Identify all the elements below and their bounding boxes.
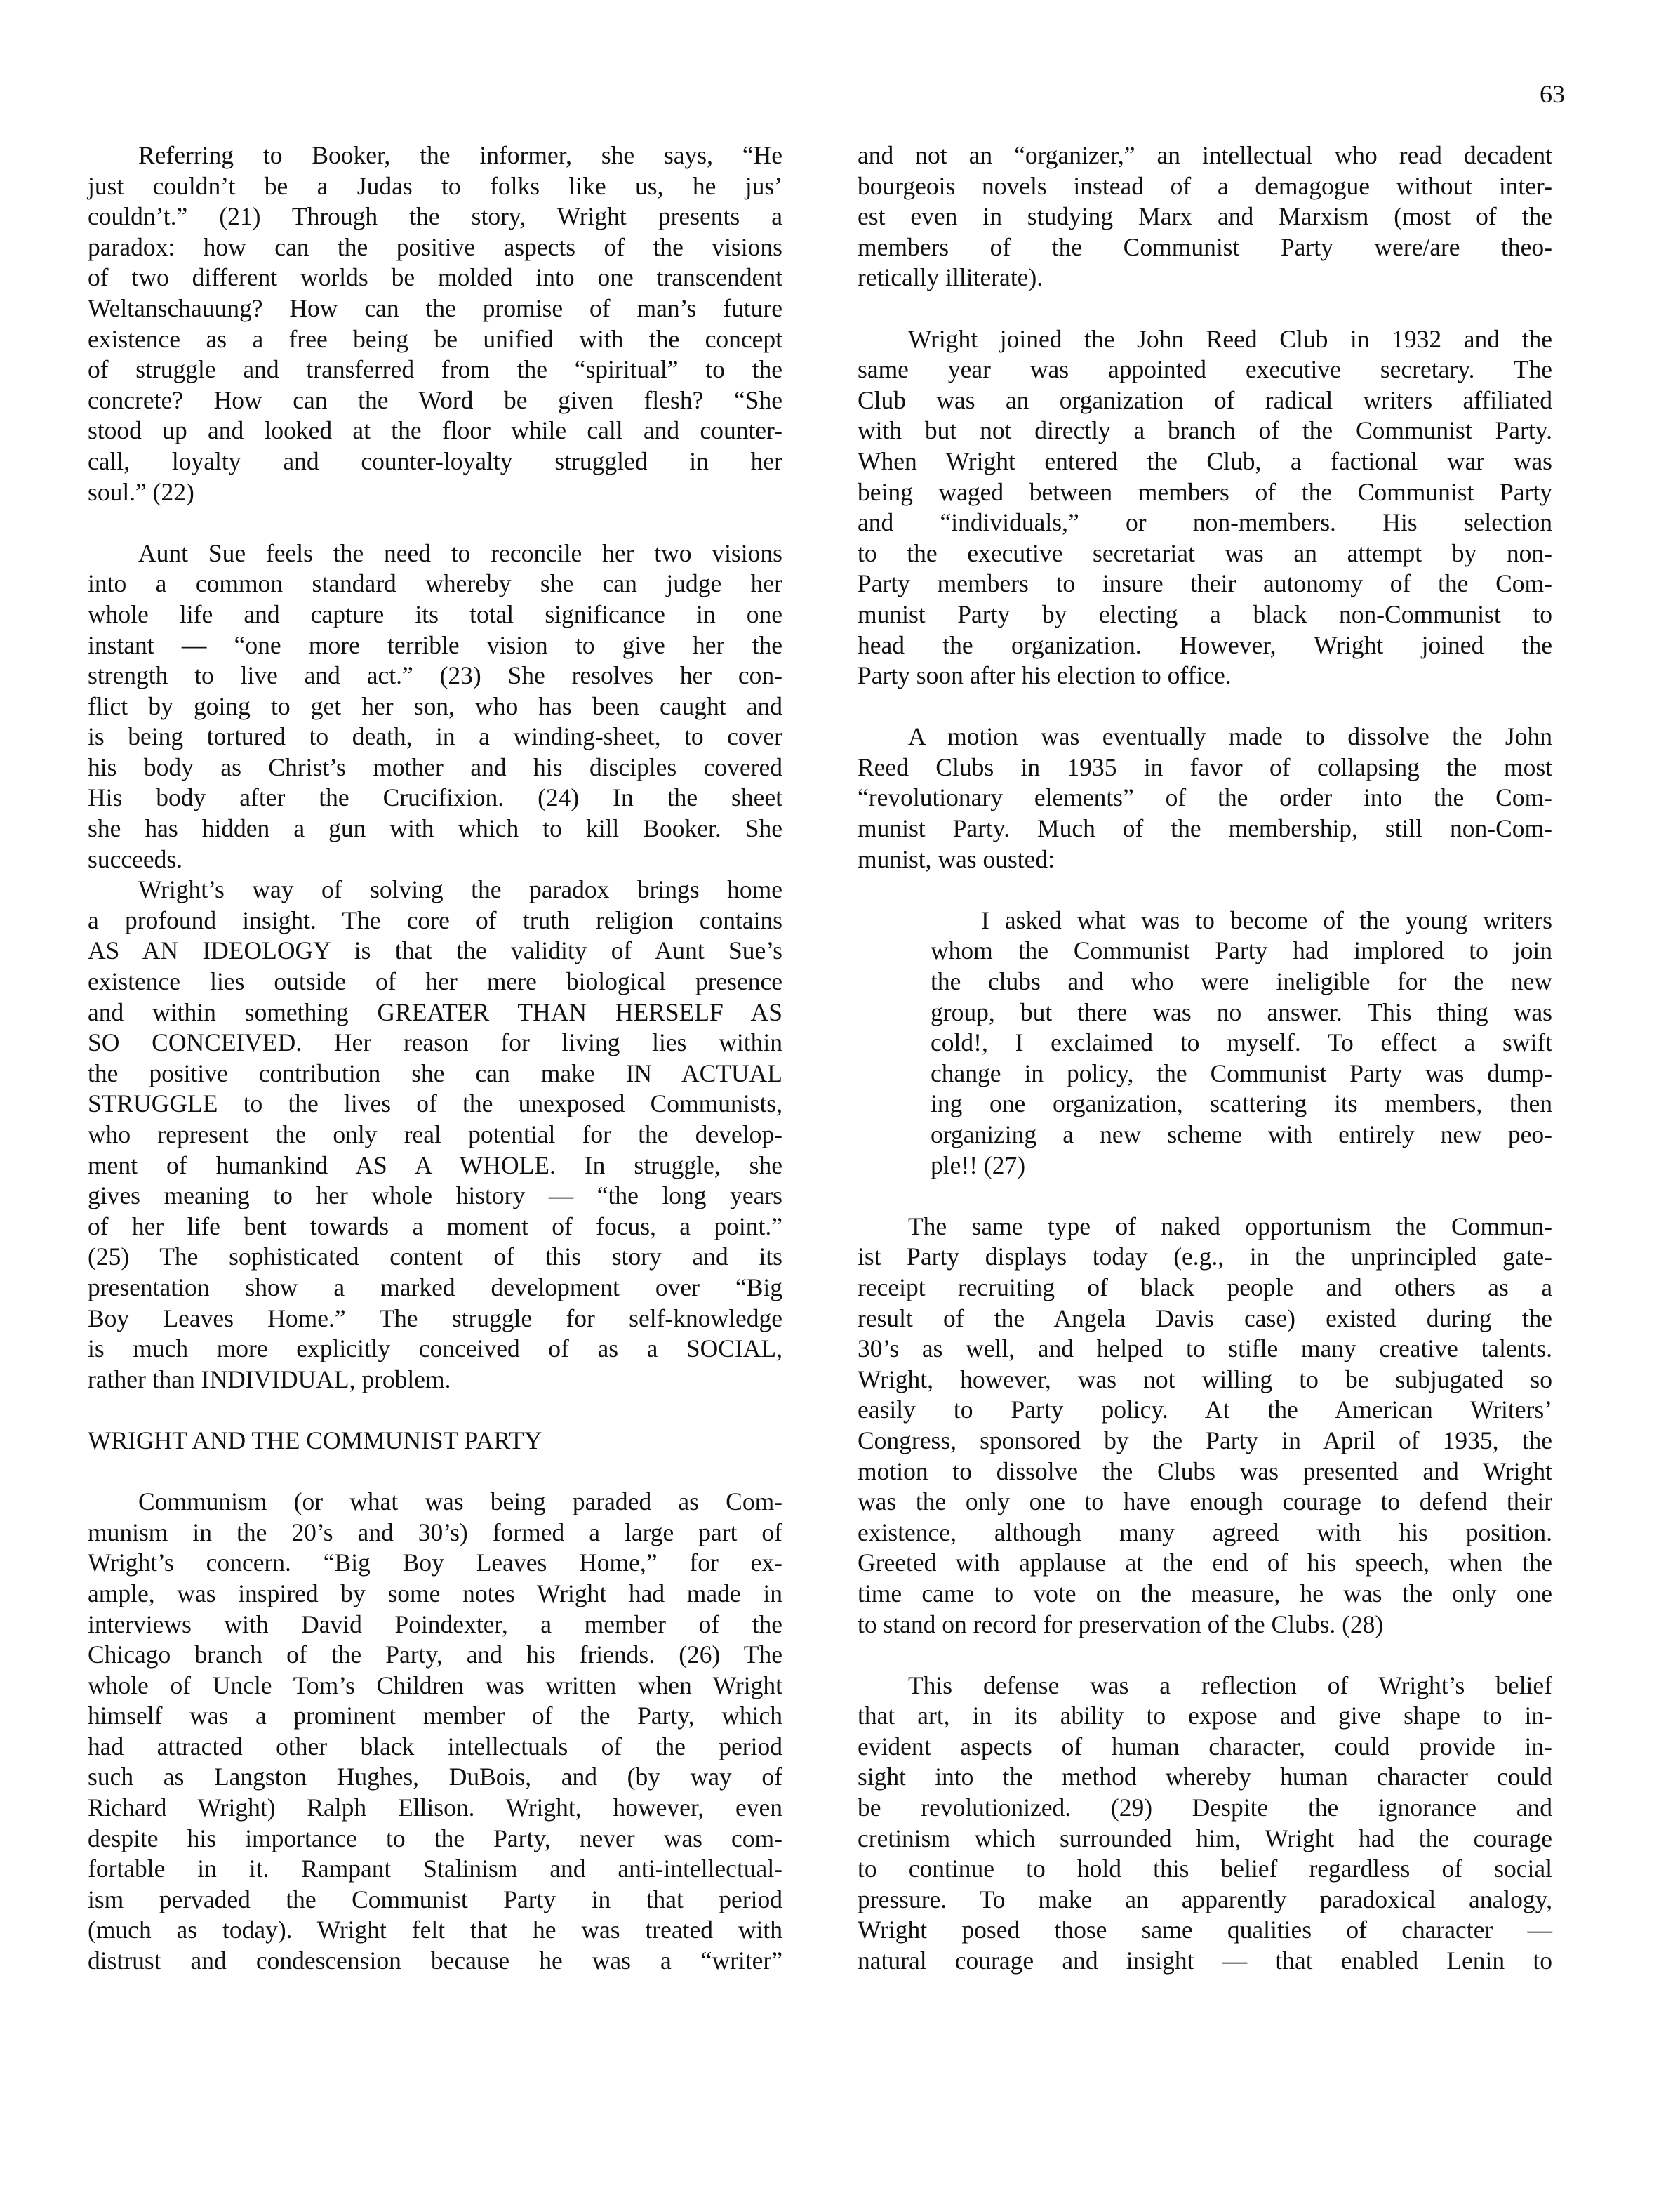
text-line: easily to Party policy. At the American … [858, 1395, 1552, 1426]
text-line: Party members to insure their autonomy o… [858, 569, 1552, 599]
text-line: time came to vote on the measure, he was… [858, 1579, 1552, 1610]
text-line: into a common standard whereby she can j… [88, 569, 782, 599]
text-line: 30’s as well, and helped to stifle many … [858, 1334, 1552, 1365]
text-line: despite his importance to the Party, nev… [88, 1824, 782, 1855]
text-line: same year was appointed executive secret… [858, 354, 1552, 385]
text-line: couldn’t.” (21) Through the story, Wrigh… [88, 201, 782, 232]
text-line: stood up and looked at the floor while c… [88, 416, 782, 446]
text-line: head the organization. However, Wright j… [858, 630, 1552, 661]
text-line: flict by going to get her son, who has b… [88, 691, 782, 722]
text-line: Wright joined the John Reed Club in 1932… [858, 324, 1552, 355]
text-line: interviews with David Poindexter, a memb… [88, 1610, 782, 1640]
text-line: the positive contribution she can make I… [88, 1059, 782, 1089]
text-line: with but not directly a branch of the Co… [858, 416, 1552, 446]
quote-line: change in policy, the Communist Party wa… [931, 1059, 1552, 1089]
section-heading-text: WRIGHT AND THE COMMUNIST PARTY [88, 1426, 782, 1457]
text-line: When Wright entered the Club, a factiona… [858, 446, 1552, 477]
paragraph-organizer: and not an “organizer,” an intellectual … [858, 140, 1552, 293]
text-line: rather than INDIVIDUAL, problem. [88, 1365, 782, 1395]
text-line: ample, was inspired by some notes Wright… [88, 1579, 782, 1610]
left-column: Referring to Booker, the informer, she s… [88, 140, 782, 2007]
quote-line: ple!! (27) [931, 1150, 1552, 1181]
text-line: Referring to Booker, the informer, she s… [88, 140, 782, 171]
paragraph-booker: Referring to Booker, the informer, she s… [88, 140, 782, 508]
text-line: being waged between members of the Commu… [858, 477, 1552, 508]
text-line: A motion was eventually made to dissolve… [858, 722, 1552, 752]
quote-line: cold!, I exclaimed to myself. To effect … [931, 1028, 1552, 1059]
paragraph-communism: Communism (or what was being paraded as … [88, 1487, 782, 1977]
text-line: existence as a free being be unified wit… [88, 324, 782, 355]
text-line: to the executive secretariat was an atte… [858, 538, 1552, 569]
text-line: motion to dissolve the Clubs was present… [858, 1457, 1552, 1487]
text-line: Greeted with applause at the end of his … [858, 1548, 1552, 1579]
text-line: concrete? How can the Word be given fles… [88, 385, 782, 416]
text-line: had attracted other black intellectuals … [88, 1732, 782, 1763]
text-line: fortable in it. Rampant Stalinism and an… [88, 1854, 782, 1885]
text-line: AS AN IDEOLOGY is that the validity of A… [88, 936, 782, 967]
quote-line: group, but there was no answer. This thi… [931, 997, 1552, 1028]
text-line: and not an “organizer,” an intellectual … [858, 140, 1552, 171]
text-line: Communism (or what was being paraded as … [88, 1487, 782, 1518]
text-line: and “individuals,” or non-members. His s… [858, 508, 1552, 538]
quote-line: the clubs and who were ineligible for th… [931, 967, 1552, 997]
text-line: of two different worlds be molded into o… [88, 263, 782, 293]
text-line: evident aspects of human character, coul… [858, 1732, 1552, 1763]
text-line: instant — “one more terrible vision to g… [88, 630, 782, 661]
text-line: paradox: how can the positive aspects of… [88, 232, 782, 263]
text-line: His body after the Crucifixion. (24) In … [88, 783, 782, 814]
text-line: existence, although many agreed with his… [858, 1518, 1552, 1548]
text-line: ism pervaded the Communist Party in that… [88, 1885, 782, 1916]
block-quote: I asked what was to become of the young … [858, 906, 1552, 1181]
text-line: Richard Wright) Ralph Ellison. Wright, h… [88, 1793, 782, 1824]
text-line: Wright’s concern. “Big Boy Leaves Home,”… [88, 1548, 782, 1579]
text-line: is being tortured to death, in a winding… [88, 722, 782, 752]
text-line: to continue to hold this belief regardle… [858, 1854, 1552, 1885]
text-line: pressure. To make an apparently paradoxi… [858, 1885, 1552, 1916]
text-line: STRUGGLE to the lives of the unexposed C… [88, 1089, 782, 1120]
text-line: gives meaning to her whole history — “th… [88, 1181, 782, 1212]
section-heading: WRIGHT AND THE COMMUNIST PARTY [88, 1426, 782, 1457]
text-line: (much as today). Wright felt that he was… [88, 1915, 782, 1946]
text-line: a profound insight. The core of truth re… [88, 906, 782, 936]
text-line: Boy Leaves Home.” The struggle for self-… [88, 1303, 782, 1334]
text-line: sight into the method whereby human char… [858, 1762, 1552, 1793]
text-line: she has hidden a gun with which to kill … [88, 814, 782, 844]
text-line: Weltanschauung? How can the promise of m… [88, 293, 782, 324]
text-line: such as Langston Hughes, DuBois, and (by… [88, 1762, 782, 1793]
text-line: succeeds. [88, 844, 782, 875]
text-line: munist Party by electing a black non-Com… [858, 599, 1552, 630]
text-line: “revolutionary elements” of the order in… [858, 783, 1552, 814]
text-line: his body as Christ’s mother and his disc… [88, 752, 782, 783]
text-line: ist Party displays today (e.g., in the u… [858, 1242, 1552, 1273]
text-line: Reed Clubs in 1935 in favor of collapsin… [858, 752, 1552, 783]
text-line: whole life and capture its total signifi… [88, 599, 782, 630]
text-line: is much more explicitly conceived of as … [88, 1334, 782, 1365]
text-line: Aunt Sue feels the need to reconcile her… [88, 538, 782, 569]
text-line: est even in studying Marx and Marxism (m… [858, 201, 1552, 232]
text-line: Club was an organization of radical writ… [858, 385, 1552, 416]
text-line: This defense was a reflection of Wright’… [858, 1671, 1552, 1701]
text-line: soul.” (22) [88, 477, 782, 508]
quote-line: organizing a new scheme with entirely ne… [931, 1120, 1552, 1150]
paragraph-paradox: Wright’s way of solving the paradox brin… [88, 875, 782, 1395]
text-line: Congress, sponsored by the Party in Apri… [858, 1426, 1552, 1457]
text-line: retically illiterate). [858, 263, 1552, 293]
text-line: munism in the 20’s and 30’s) formed a la… [88, 1518, 782, 1548]
text-line: ment of humankind AS A WHOLE. In struggl… [88, 1150, 782, 1181]
quote-line: I asked what was to become of the young … [931, 906, 1552, 936]
text-line: cretinism which surrounded him, Wright h… [858, 1824, 1552, 1855]
text-line: who represent the only real potential fo… [88, 1120, 782, 1150]
text-line: Party soon after his election to office. [858, 661, 1552, 691]
paragraph-defense: This defense was a reflection of Wright’… [858, 1671, 1552, 1977]
text-line: just couldn’t be a Judas to folks like u… [88, 171, 782, 202]
right-column: and not an “organizer,” an intellectual … [858, 140, 1552, 2007]
text-line: call, loyalty and counter-loyalty strugg… [88, 446, 782, 477]
paragraph-motion: A motion was eventually made to dissolve… [858, 722, 1552, 875]
text-line: Wright, however, was not willing to be s… [858, 1365, 1552, 1395]
quote-line: whom the Communist Party had implored to… [931, 936, 1552, 967]
text-line: The same type of naked opportunism the C… [858, 1212, 1552, 1242]
paragraph-john-reed-club: Wright joined the John Reed Club in 1932… [858, 324, 1552, 691]
text-line: be revolutionized. (29) Despite the igno… [858, 1793, 1552, 1824]
paragraph-opportunism: The same type of naked opportunism the C… [858, 1212, 1552, 1640]
text-line: and within something GREATER THAN HERSEL… [88, 997, 782, 1028]
text-line: of struggle and transferred from the “sp… [88, 354, 782, 385]
text-line: bourgeois novels instead of a demagogue … [858, 171, 1552, 202]
text-line: distrust and condescension because he wa… [88, 1946, 782, 1977]
text-line: receipt recruiting of black people and o… [858, 1273, 1552, 1303]
text-line: SO CONCEIVED. Her reason for living lies… [88, 1028, 782, 1059]
text-line: munist, was ousted: [858, 844, 1552, 875]
text-line: himself was a prominent member of the Pa… [88, 1701, 782, 1732]
page-number: 63 [1509, 79, 1565, 110]
quote-line: ing one organization, scattering its mem… [931, 1089, 1552, 1120]
text-line: existence lies outside of her mere biolo… [88, 967, 782, 997]
text-line: that art, in its ability to expose and g… [858, 1701, 1552, 1732]
text-line: munist Party. Much of the membership, st… [858, 814, 1552, 844]
text-line: members of the Communist Party were/are … [858, 232, 1552, 263]
text-line: of her life bent towards a moment of foc… [88, 1212, 782, 1242]
text-line: (25) The sophisticated content of this s… [88, 1242, 782, 1273]
text-line: natural courage and insight — that enabl… [858, 1946, 1552, 1977]
text-line: result of the Angela Davis case) existed… [858, 1303, 1552, 1334]
text-line: was the only one to have enough courage … [858, 1487, 1552, 1518]
text-line: Wright posed those same qualities of cha… [858, 1915, 1552, 1946]
text-line: presentation show a marked development o… [88, 1273, 782, 1303]
text-line: Chicago branch of the Party, and his fri… [88, 1640, 782, 1671]
text-line: to stand on record for preservation of t… [858, 1610, 1552, 1640]
text-line: Wright’s way of solving the paradox brin… [88, 875, 782, 906]
paragraph-aunt-sue: Aunt Sue feels the need to reconcile her… [88, 538, 782, 875]
text-line: strength to live and act.” (23) She reso… [88, 661, 782, 691]
text-line: whole of Uncle Tom’s Children was writte… [88, 1671, 782, 1701]
